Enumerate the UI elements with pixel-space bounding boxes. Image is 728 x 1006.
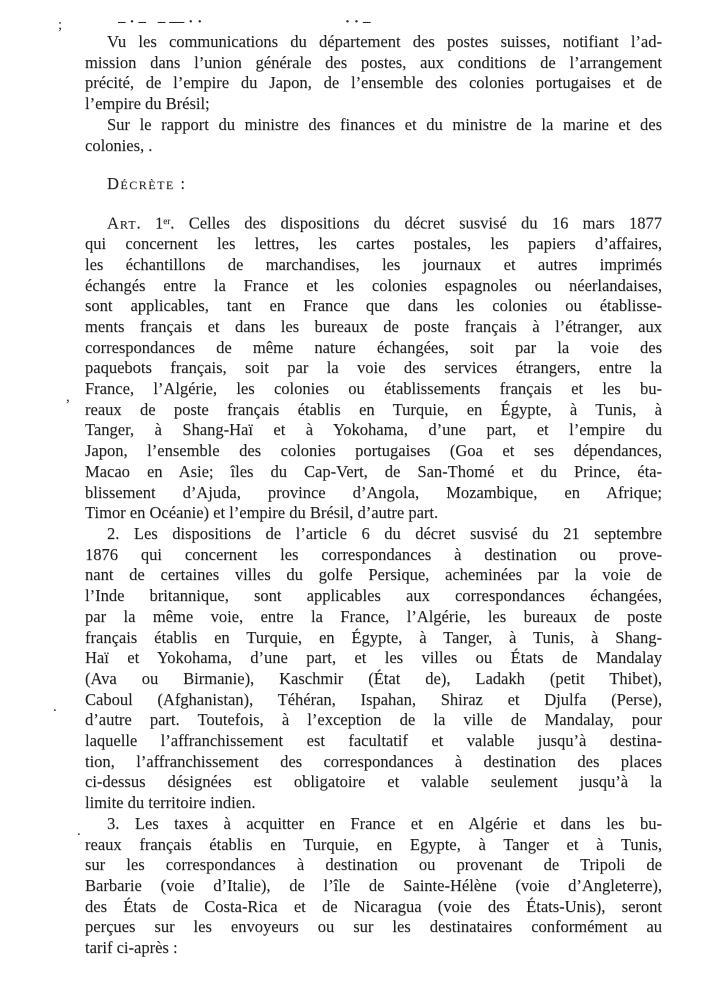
- article-2-line: 1876 qui concernent les correspondances …: [85, 545, 662, 566]
- ink-speck: .: [53, 700, 57, 715]
- preamble-postes-suisses-line: précité, de l’empire du Japon, de l’ense…: [85, 73, 662, 94]
- article-1-line: France, l’Algérie, les colonies ou établ…: [85, 379, 662, 400]
- text-segment-sc: Art: [107, 213, 137, 232]
- article-3-line: reaux français établis en Turquie, en Eg…: [85, 835, 662, 856]
- article-3-line: perçues sur les envoyeurs ou sur les des…: [85, 917, 662, 938]
- ink-speck: ,: [66, 390, 70, 405]
- article-3-line: sur les correspondances à destination ou…: [85, 855, 662, 876]
- article-1-line: Japon, l’ensemble des colonies portugais…: [85, 441, 662, 462]
- article-2-line: Caboul (Afghanistan), Téhéran, Ispahan, …: [85, 690, 662, 711]
- article-1-line: correspondances de même nature échangées…: [85, 338, 662, 359]
- article-1-line: qui concernent les lettres, les cartes p…: [85, 234, 662, 255]
- cropped-header-fragment-left: –·– –—··: [118, 17, 228, 28]
- article-2-line: 2. Les dispositions de l’article 6 du dé…: [85, 524, 662, 545]
- article-1-line: les échantillons de marchandises, les jo…: [85, 255, 662, 276]
- article-3-line: des États de Costa-Rica et de Nicaragua …: [85, 897, 662, 918]
- article-1-line: Tanger, à Shang-Haï et à Yokohama, d’une…: [85, 420, 662, 441]
- article-2-line: tion, l’affranchissement des corresponda…: [85, 752, 662, 773]
- article-3-line: 3. Les taxes à acquitter en France et en…: [85, 814, 662, 835]
- article-1-line: ments français et dans les bureaux de po…: [85, 317, 662, 338]
- article-2-line: limite du territoire indien.: [85, 793, 662, 814]
- article-3-line: Barbarie (voie d’Italie), de l’île de Sa…: [85, 876, 662, 897]
- article-2-line: français établis en Turquie, en Égypte, …: [85, 628, 662, 649]
- article-3-line: tarif ci-après :: [85, 938, 662, 959]
- article-1-line: Macao en Asie; îles du Cap-Vert, de San-…: [85, 462, 662, 483]
- decree-text-block: Vu les communications du département des…: [85, 32, 662, 959]
- article-2-line: nant de certaines villes du golfe Persiq…: [85, 565, 662, 586]
- article-2-line: (Ava ou Birmanie), Kaschmir (État de), L…: [85, 669, 662, 690]
- cropped-header-fragment-right: ··–: [345, 17, 405, 28]
- text-segment: . 1: [137, 213, 164, 232]
- preamble-postes-suisses-line: Vu les communications du département des…: [85, 32, 662, 53]
- article-2-line: par la même voie, entre la France, l’Alg…: [85, 607, 662, 628]
- preamble-postes-suisses-line: l’empire du Brésil;: [85, 94, 662, 115]
- preamble-rapport-ministres-line: Sur le rapport du ministre des finances …: [85, 115, 662, 136]
- text-segment: . Celles des dispositions du décret susv…: [170, 213, 662, 232]
- article-1-line: paquebots français, soit par la voie des…: [85, 358, 662, 379]
- article-1-line: échangés entre la France et les colonies…: [85, 276, 662, 297]
- article-2-line: d’autre part. Toutefois, à l’exception d…: [85, 710, 662, 731]
- article-1-line: Art. 1er. Celles des dispositions du déc…: [85, 211, 662, 234]
- article-1-line: blissement d’Ajuda, province d’Angola, M…: [85, 483, 662, 504]
- preamble-rapport-ministres-line: colonies, .: [85, 136, 662, 157]
- ink-speck: ;: [58, 18, 62, 33]
- preamble-postes-suisses-line: mission dans l’union générale des postes…: [85, 53, 662, 74]
- article-1-line: reaux de poste français établis en Turqu…: [85, 400, 662, 421]
- ink-speck: .: [77, 824, 81, 839]
- scanned-document-page: –·– –—·· ··– Vu les communications du dé…: [0, 0, 728, 1006]
- article-2-line: laquelle l’affranchissement est facultat…: [85, 731, 662, 752]
- article-2-line: Haï et Yokohama, d’une part, et les vill…: [85, 648, 662, 669]
- article-1-line: sont applicables, tant en France que dan…: [85, 296, 662, 317]
- article-1-line: Timor en Océanie) et l’empire du Brésil,…: [85, 503, 662, 524]
- article-2-line: l’Inde britannique, sont applicables aux…: [85, 586, 662, 607]
- decree-heading: Décrète :: [85, 174, 662, 195]
- article-2-line: ci-dessus désignées est obligatoire et v…: [85, 772, 662, 793]
